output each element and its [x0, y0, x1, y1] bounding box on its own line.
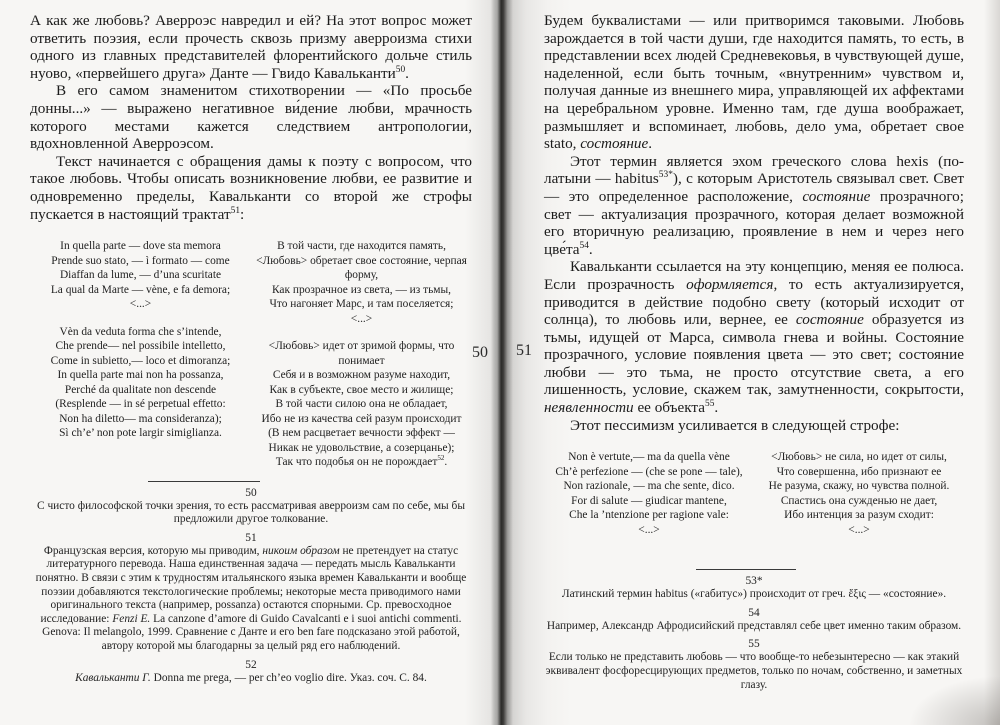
poem-line: (Resplende — in sé perpetual effetto:	[30, 397, 251, 412]
footnote-53star: 53*Латинский термин habitus («габитус») …	[544, 575, 964, 602]
body-paragraph: В его самом знаменитом стихотворении — «…	[30, 82, 472, 152]
footnote-number: 55	[544, 638, 964, 650]
page-number-right: 51	[516, 342, 532, 360]
footnote-54: 54Например, Александр Афродисийский пред…	[544, 607, 964, 634]
poem-stanza: <Любовь> идет от зримой формы, что поним…	[251, 339, 472, 470]
poem-line: La qual da Marte — vène, e fa demora;	[30, 283, 251, 298]
footnote-text: Если только не представить любовь — что …	[544, 651, 964, 692]
poem-line: Как в субъекте, свое место и жилище;	[251, 383, 472, 398]
body-paragraph: А как же любовь? Аверроэс навредил и ей?…	[30, 12, 472, 82]
footnote-separator-left	[148, 481, 260, 482]
poem-line: Так что подобья он не порождает52.	[251, 455, 472, 470]
footnote-55: 55Если только не представить любовь — чт…	[544, 638, 964, 692]
left-poem-quote: In quella parte — dove sta memoraPrende …	[30, 239, 472, 470]
footnote-text: Латинский термин habitus («габитус») про…	[544, 588, 964, 602]
left-poem-russian-column: В той части, где находится память,<Любов…	[251, 239, 472, 470]
poem-line: <Любовь> не сила, но идет от силы,	[754, 450, 964, 465]
poem-stanza: Vèn da veduta forma che s’intende,Che pr…	[30, 325, 251, 441]
poem-line: <...>	[754, 523, 964, 538]
poem-line: Как прозрачное из света, — из тьмы,	[251, 283, 472, 298]
footnote-number: 50	[30, 487, 472, 499]
body-paragraph: Этот пессимизм усиливается в следующей с…	[544, 417, 964, 435]
right-poem-quote: Non è vertute,— ma da quella vèneCh’è pe…	[544, 450, 964, 537]
page-number-left: 50	[472, 344, 488, 362]
book-spine-shadow	[491, 0, 513, 725]
footnote-text: Кавальканти Г. Donna me prega, — per ch’…	[30, 672, 472, 686]
body-paragraph: Текст начинается с обращения дамы к поэт…	[30, 153, 472, 223]
left-footnotes: 50С чисто философской точки зрения, то е…	[30, 487, 472, 686]
poem-line: Спастись она сужденью не дает,	[754, 494, 964, 509]
poem-line: <...>	[251, 312, 472, 327]
poem-stanza: In quella parte — dove sta memoraPrende …	[30, 239, 251, 312]
body-paragraph: Этот термин является эхом греческого сло…	[544, 153, 964, 259]
poem-stanza: <Любовь> не сила, но идет от силы,Что со…	[754, 450, 964, 537]
poem-line: <Любовь> обретает свое состояние, черпая…	[251, 254, 472, 283]
poem-line: For di salute — giudicar mantene,	[544, 494, 754, 509]
poem-line: Vèn da veduta forma che s’intende,	[30, 325, 251, 340]
poem-line: Diaffan da lume, — d’una scuritate	[30, 268, 251, 283]
footnote-51: 51Французская версия, которую мы приводи…	[30, 532, 472, 654]
poem-line: Ибо не из качества сей разум происходит	[251, 412, 472, 427]
body-paragraph: Будем буквалистами — или притворимся так…	[544, 12, 964, 153]
poem-line: Не разума, скажу, но чувства полной.	[754, 479, 964, 494]
poem-line: Che la ’ntenzione per ragione vale:	[544, 508, 754, 523]
poem-line: Никак не удовольствие, а созерцанье);	[251, 441, 472, 456]
left-body-text: А как же любовь? Аверроэс навредил и ей?…	[30, 12, 472, 223]
poem-line: Что совершенна, ибо признают ее	[754, 465, 964, 480]
left-poem-italian-column: In quella parte — dove sta memoraPrende …	[30, 239, 251, 470]
footnote-text: Французская версия, которую мы приводим,…	[30, 545, 472, 654]
page-right: Будем буквалистами — или притворимся так…	[500, 0, 1000, 725]
poem-line: В той части силою она не обладает,	[251, 397, 472, 412]
footnote-number: 53*	[544, 575, 964, 587]
poem-stanza: Non è vertute,— ma da quella vèneCh’è pe…	[544, 450, 754, 537]
poem-line: Non è vertute,— ma da quella vène	[544, 450, 754, 465]
poem-line: Perché da qualitate non descende	[30, 383, 251, 398]
footnote-text: Например, Александр Афродисийский предст…	[544, 620, 964, 634]
poem-stanza: В той части, где находится память,<Любов…	[251, 239, 472, 326]
footnote-separator-right	[696, 569, 796, 570]
poem-line: In quella parte — dove sta memora	[30, 239, 251, 254]
footnote-number: 51	[30, 532, 472, 544]
poem-line: Себя и в возможном разуме находит,	[251, 368, 472, 383]
page-left: А как же любовь? Аверроэс навредил и ей?…	[0, 0, 500, 725]
poem-line: Sì ch’e’ non pote largir simiglianza.	[30, 426, 251, 441]
body-paragraph: Кавальканти ссылается на эту концепцию, …	[544, 258, 964, 416]
footnote-50: 50С чисто философской точки зрения, то е…	[30, 487, 472, 527]
right-poem-italian-column: Non è vertute,— ma da quella vèneCh’è pe…	[544, 450, 754, 537]
poem-line: Что нагоняет Марс, и там поселяется;	[251, 297, 472, 312]
footnote-number: 54	[544, 607, 964, 619]
poem-line: <...>	[544, 523, 754, 538]
right-body-text: Будем буквалистами — или притворимся так…	[544, 12, 964, 434]
right-poem-russian-column: <Любовь> не сила, но идет от силы,Что со…	[754, 450, 964, 537]
footnote-number: 52	[30, 659, 472, 671]
poem-line: Non razionale, — ma che sente, dico.	[544, 479, 754, 494]
footnote-52: 52Кавальканти Г. Donna me prega, — per c…	[30, 659, 472, 686]
poem-line: Ибо интенция за разум сходит:	[754, 508, 964, 523]
poem-line: Ch’è perfezione — (che se pone — tale),	[544, 465, 754, 480]
poem-line: Come in subietto,— loco et dimoranza;	[30, 354, 251, 369]
book-scan: { "theme": { "page_color": "#f7f6f4", "i…	[0, 0, 1000, 725]
poem-line: In quella parte mai non ha possanza,	[30, 368, 251, 383]
footnote-text: С чисто философской точки зрения, то ест…	[30, 500, 472, 527]
poem-line: Prende suo stato, — ì formato — come	[30, 254, 251, 269]
poem-line: Non ha diletto— ma consideranza);	[30, 412, 251, 427]
right-footnotes: 53*Латинский термин habitus («габитус») …	[544, 575, 964, 692]
page-left-content: А как же любовь? Аверроэс навредил и ей?…	[0, 0, 500, 685]
poem-line: <...>	[30, 297, 251, 312]
poem-line: (В нем расцветает вечности эффект —	[251, 426, 472, 441]
poem-line: В той части, где находится память,	[251, 239, 472, 254]
poem-line: Che prende— nel possibile intelletto,	[30, 339, 251, 354]
page-right-content: Будем буквалистами — или притворимся так…	[500, 0, 1000, 692]
poem-line: <Любовь> идет от зримой формы, что поним…	[251, 339, 472, 368]
